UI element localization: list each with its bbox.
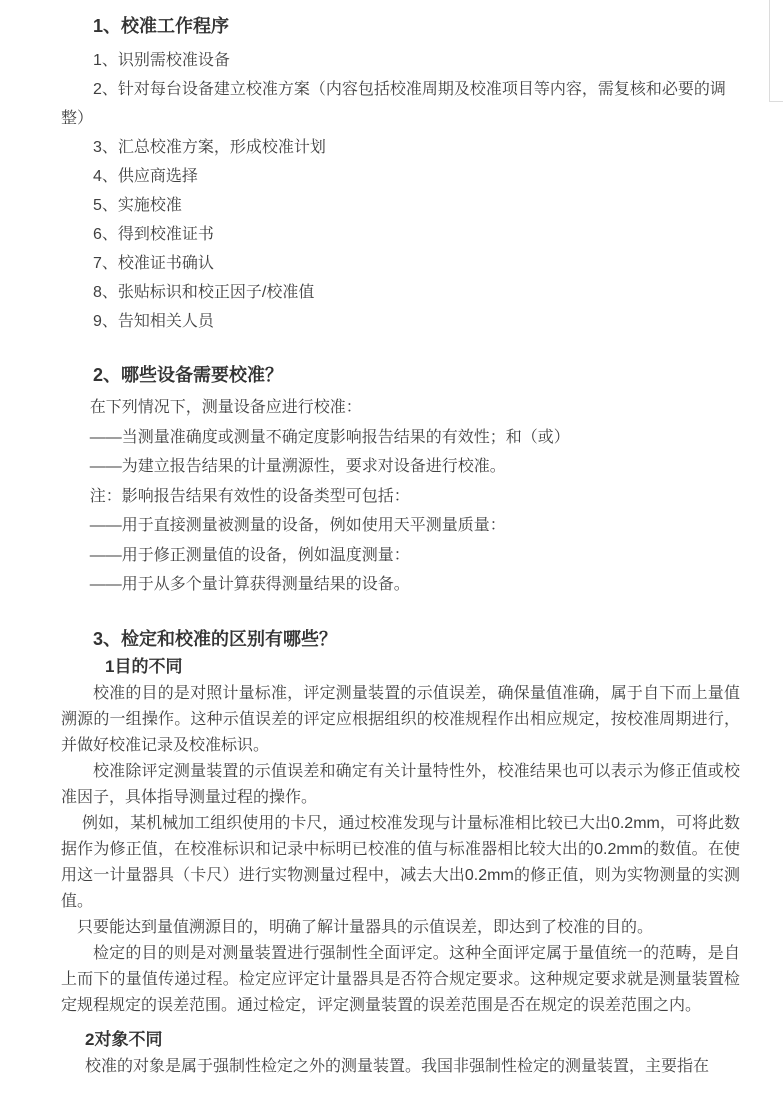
procedure-step: 7、校准证书确认	[61, 249, 740, 278]
side-panel-border	[769, 0, 783, 102]
document-page: 1、校准工作程序 1、识别需校准设备 2、针对每台设备建立校准方案（内容包括校准…	[0, 0, 783, 1111]
procedure-step: 1、识别需校准设备	[61, 46, 740, 75]
paragraph: 例如，某机械加工组织使用的卡尺，通过校准发现与计量标准相比较已大出0.2mm，可…	[61, 811, 740, 915]
body-line: ——为建立报告结果的计量溯源性，要求对设备进行校准。	[61, 452, 740, 482]
procedure-step-list: 1、识别需校准设备 2、针对每台设备建立校准方案（内容包括校准周期及校准项目等内…	[61, 46, 740, 336]
procedure-step: 6、得到校准证书	[61, 220, 740, 249]
procedure-step: 2、针对每台设备建立校准方案（内容包括校准周期及校准项目等内容，需复核和必要的调…	[61, 75, 740, 133]
section-3-heading: 3、检定和校准的区别有哪些？	[61, 625, 740, 653]
body-line: 在下列情况下，测量设备应进行校准：	[61, 393, 740, 423]
procedure-step: 4、供应商选择	[61, 162, 740, 191]
body-line: ——用于从多个量计算获得测量结果的设备。	[61, 570, 740, 600]
paragraph: 校准除评定测量装置的示值误差和确定有关计量特性外，校准结果也可以表示为修正值或校…	[61, 759, 740, 811]
procedure-step: 8、张贴标识和校正因子/校准值	[61, 278, 740, 307]
subsection-object-heading: 2对象不同	[61, 1026, 740, 1054]
procedure-step: 9、告知相关人员	[61, 307, 740, 336]
body-line: ——当测量准确度或测量不确定度影响报告结果的有效性；和（或）	[61, 423, 740, 453]
paragraph: 检定的目的则是对测量装置进行强制性全面评定。这种全面评定属于量值统一的范畴，是自…	[61, 941, 740, 1019]
subsection-purpose-heading: 1目的不同	[61, 653, 740, 681]
paragraph: 只要能达到量值溯源目的，明确了解计量器具的示值误差，即达到了校准的目的。	[61, 915, 740, 941]
procedure-step: 3、汇总校准方案，形成校准计划	[61, 133, 740, 162]
calibration-conditions-list: 在下列情况下，测量设备应进行校准： ——当测量准确度或测量不确定度影响报告结果的…	[61, 393, 740, 600]
body-line: ——用于直接测量被测量的设备，例如使用天平测量质量：	[61, 511, 740, 541]
procedure-step: 5、实施校准	[61, 191, 740, 220]
paragraph: 校准的对象是属于强制性检定之外的测量装置。我国非强制性检定的测量装置，主要指在	[61, 1054, 740, 1080]
body-line: 注：影响报告结果有效性的设备类型可包括：	[61, 482, 740, 512]
section-1-heading: 1、校准工作程序	[61, 12, 740, 40]
section-2-heading: 2、哪些设备需要校准？	[61, 361, 740, 389]
article-content: 1、校准工作程序 1、识别需校准设备 2、针对每台设备建立校准方案（内容包括校准…	[61, 0, 740, 1080]
body-line: ——用于修正测量值的设备，例如温度测量：	[61, 541, 740, 571]
paragraph: 校准的目的是对照计量标准，评定测量装置的示值误差，确保量值准确，属于自下而上量值…	[61, 681, 740, 759]
